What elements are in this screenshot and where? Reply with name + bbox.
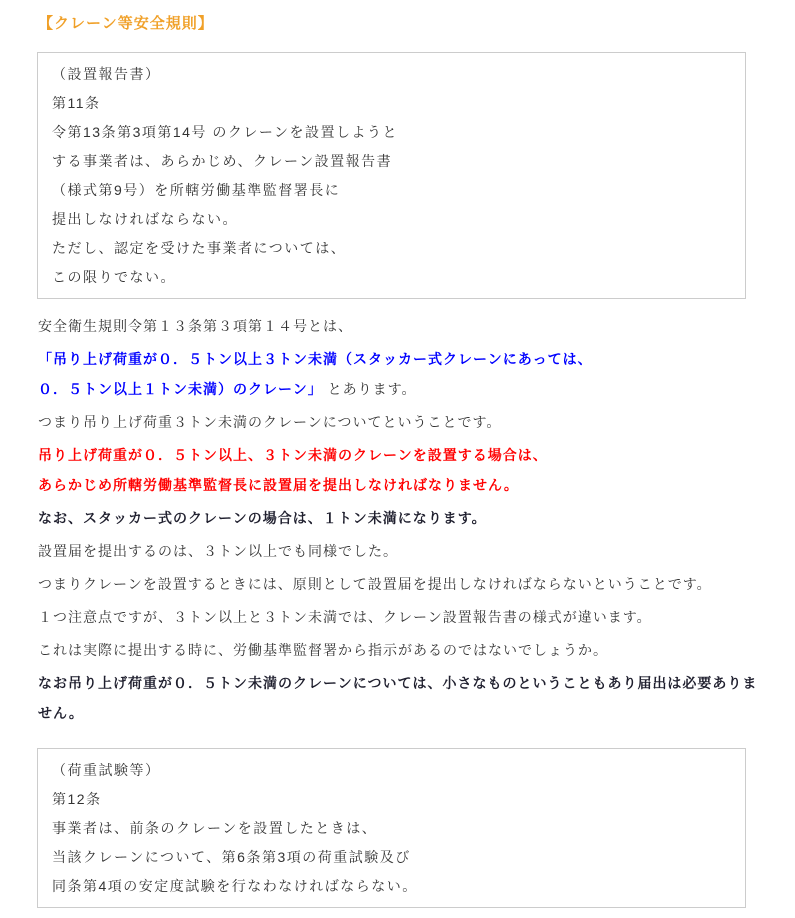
box-line: （荷重試験等）: [52, 756, 731, 785]
box-line: する事業者は、あらかじめ、クレーン設置報告書: [52, 147, 731, 176]
document-page: 【クレーン等安全規則】 （設置報告書）第11条令第13条第3項第14号 のクレー…: [0, 0, 795, 918]
regulation-box-article-12: （荷重試験等）第12条事業者は、前条のクレーンを設置したときは、当該クレーンにつ…: [37, 748, 746, 908]
text-segment: ０．５トン以上１トン未満）のクレーン」: [38, 381, 323, 397]
intro-line: 安全衛生規則令第１３条第３項第１４号とは、: [38, 311, 771, 341]
summary-line: つまり吊り上げ荷重３トン未満のクレーンについてということです。: [38, 407, 771, 437]
box-line: ただし、認定を受けた事業者については、: [52, 234, 731, 263]
text-segment: 設置届を提出するのは、３トン以上でも同様でした。: [38, 543, 398, 559]
box-line: この限りでない。: [52, 263, 731, 292]
body-paragraphs: 安全衛生規則令第１３条第３項第１４号とは、「吊り上げ荷重が０．５トン以上３トン未…: [38, 311, 771, 728]
text-segment: あらかじめ所轄労働基準監督長に設置届を提出しなければなりません。: [38, 477, 519, 493]
text-segment: なお、スタッカー式のクレーンの場合は、１トン未満になります。: [38, 510, 487, 526]
principle-line: つまりクレーンを設置するときには、原則として設置届を提出しなければならないという…: [38, 569, 771, 599]
box-line: 第12条: [52, 785, 731, 814]
caution-line: １つ注意点ですが、３トン以上と３トン未満では、クレーン設置報告書の様式が違います…: [38, 602, 771, 632]
inspection-office-line: これは実際に提出する時に、労働基準監督署から指示があるのではないでしょうか。: [38, 635, 771, 665]
text-segment: １つ注意点ですが、３トン以上と３トン未満では、クレーン設置報告書の様式が違います…: [38, 609, 652, 625]
text-segment: つまり吊り上げ荷重３トン未満のクレーンについてということです。: [38, 414, 501, 430]
warning-notice: 吊り上げ荷重が０．５トン以上、３トン未満のクレーンを設置する場合は、あらかじめ所…: [38, 440, 771, 500]
box-line: 事業者は、前条のクレーンを設置したときは、: [52, 814, 731, 843]
box-line: 第11条: [52, 89, 731, 118]
stacker-note: なお、スタッカー式のクレーンの場合は、１トン未満になります。: [38, 503, 771, 533]
box-line: 同条第4項の安定度試験を行なわなければならない。: [52, 872, 731, 901]
text-segment: 「吊り上げ荷重が０．５トン以上３トン未満（スタッカー式クレーンにあっては、: [38, 351, 593, 367]
box-line: （設置報告書）: [52, 60, 731, 89]
box-line: 当該クレーンについて、第6条第3項の荷重試験及び: [52, 843, 731, 872]
box-line: 令第13条第3項第14号 のクレーンを設置しようと: [52, 118, 731, 147]
quote-definition: 「吊り上げ荷重が０．５トン以上３トン未満（スタッカー式クレーンにあっては、０．５…: [38, 344, 771, 404]
page-title: 【クレーン等安全規則】: [38, 12, 771, 33]
text-segment: 安全衛生規則令第１３条第３項第１４号とは、: [38, 318, 353, 334]
text-segment: これは実際に提出する時に、労働基準監督署から指示があるのではないでしょうか。: [38, 642, 608, 658]
exemption-note: なお吊り上げ荷重が０．５トン未満のクレーンについては、小さなものということもあり…: [38, 668, 771, 728]
text-segment: なお吊り上げ荷重が０．５トン未満のクレーンについては、小さなものということもあり…: [38, 675, 757, 721]
box-line: （様式第9号）を所轄労働基準監督署長に: [52, 176, 731, 205]
same-rule-line: 設置届を提出するのは、３トン以上でも同様でした。: [38, 536, 771, 566]
text-segment: 吊り上げ荷重が０．５トン以上、３トン未満のクレーンを設置する場合は、: [38, 447, 548, 463]
regulation-box-article-11: （設置報告書）第11条令第13条第3項第14号 のクレーンを設置しようとする事業…: [37, 52, 746, 299]
box-line: 提出しなければならない。: [52, 205, 731, 234]
text-segment: とあります。: [323, 381, 417, 397]
text-segment: つまりクレーンを設置するときには、原則として設置届を提出しなければならないという…: [38, 576, 712, 592]
